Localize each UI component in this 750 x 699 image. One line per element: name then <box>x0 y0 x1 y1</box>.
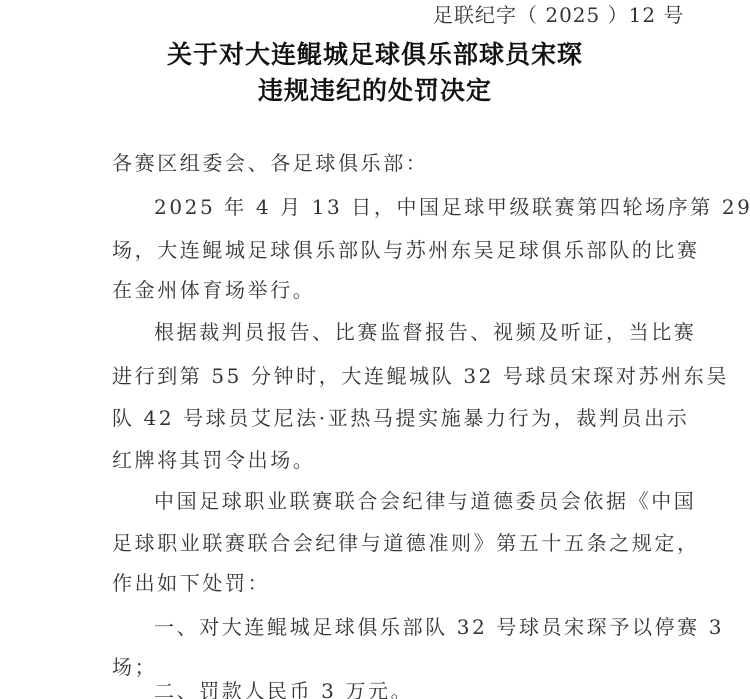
document-title-line-2: 违规违纪的处罚决定 <box>0 74 750 108</box>
paragraph-line: 队 42 号球员艾尼法·亚热马提实施暴力行为，裁判员出示 <box>112 404 689 432</box>
paragraph-line: 在金州体育场举行。 <box>112 276 315 304</box>
paragraph-line: 二、罚款人民币 3 万元。 <box>154 677 413 699</box>
paragraph-line: 一、对大连鲲城足球俱乐部队 32 号球员宋琛予以停赛 3 <box>154 613 724 641</box>
paragraph-line: 根据裁判员报告、比赛监督报告、视频及听证，当比赛 <box>154 318 696 346</box>
document-number: 足联纪字（ 2025 ）12 号 <box>433 2 643 28</box>
paragraph-line: 足球职业联赛联合会纪律与道德准则》第五十五条之规定， <box>112 529 700 557</box>
paragraph-line: 场； <box>112 653 157 681</box>
paragraph-line: 红牌将其罚令出场。 <box>112 446 315 474</box>
paragraph-line: 进行到第 55 分钟时，大连鲲城队 32 号球员宋琛对苏州东吴 <box>112 362 729 390</box>
paragraph-line: 场，大连鲲城足球俱乐部队与苏州东吴足球俱乐部队的比赛 <box>112 236 700 264</box>
paragraph-line: 中国足球职业联赛联合会纪律与道德委员会依据《中国 <box>154 487 696 515</box>
paragraph-line: 2025 年 4 月 13 日，中国足球甲级联赛第四轮场序第 29 <box>154 193 750 221</box>
paragraph-line: 作出如下处罚： <box>112 569 270 597</box>
salutation: 各赛区组委会、各足球俱乐部： <box>112 149 428 177</box>
document-title-line-1: 关于对大连鲲城足球俱乐部球员宋琛 <box>0 38 750 72</box>
